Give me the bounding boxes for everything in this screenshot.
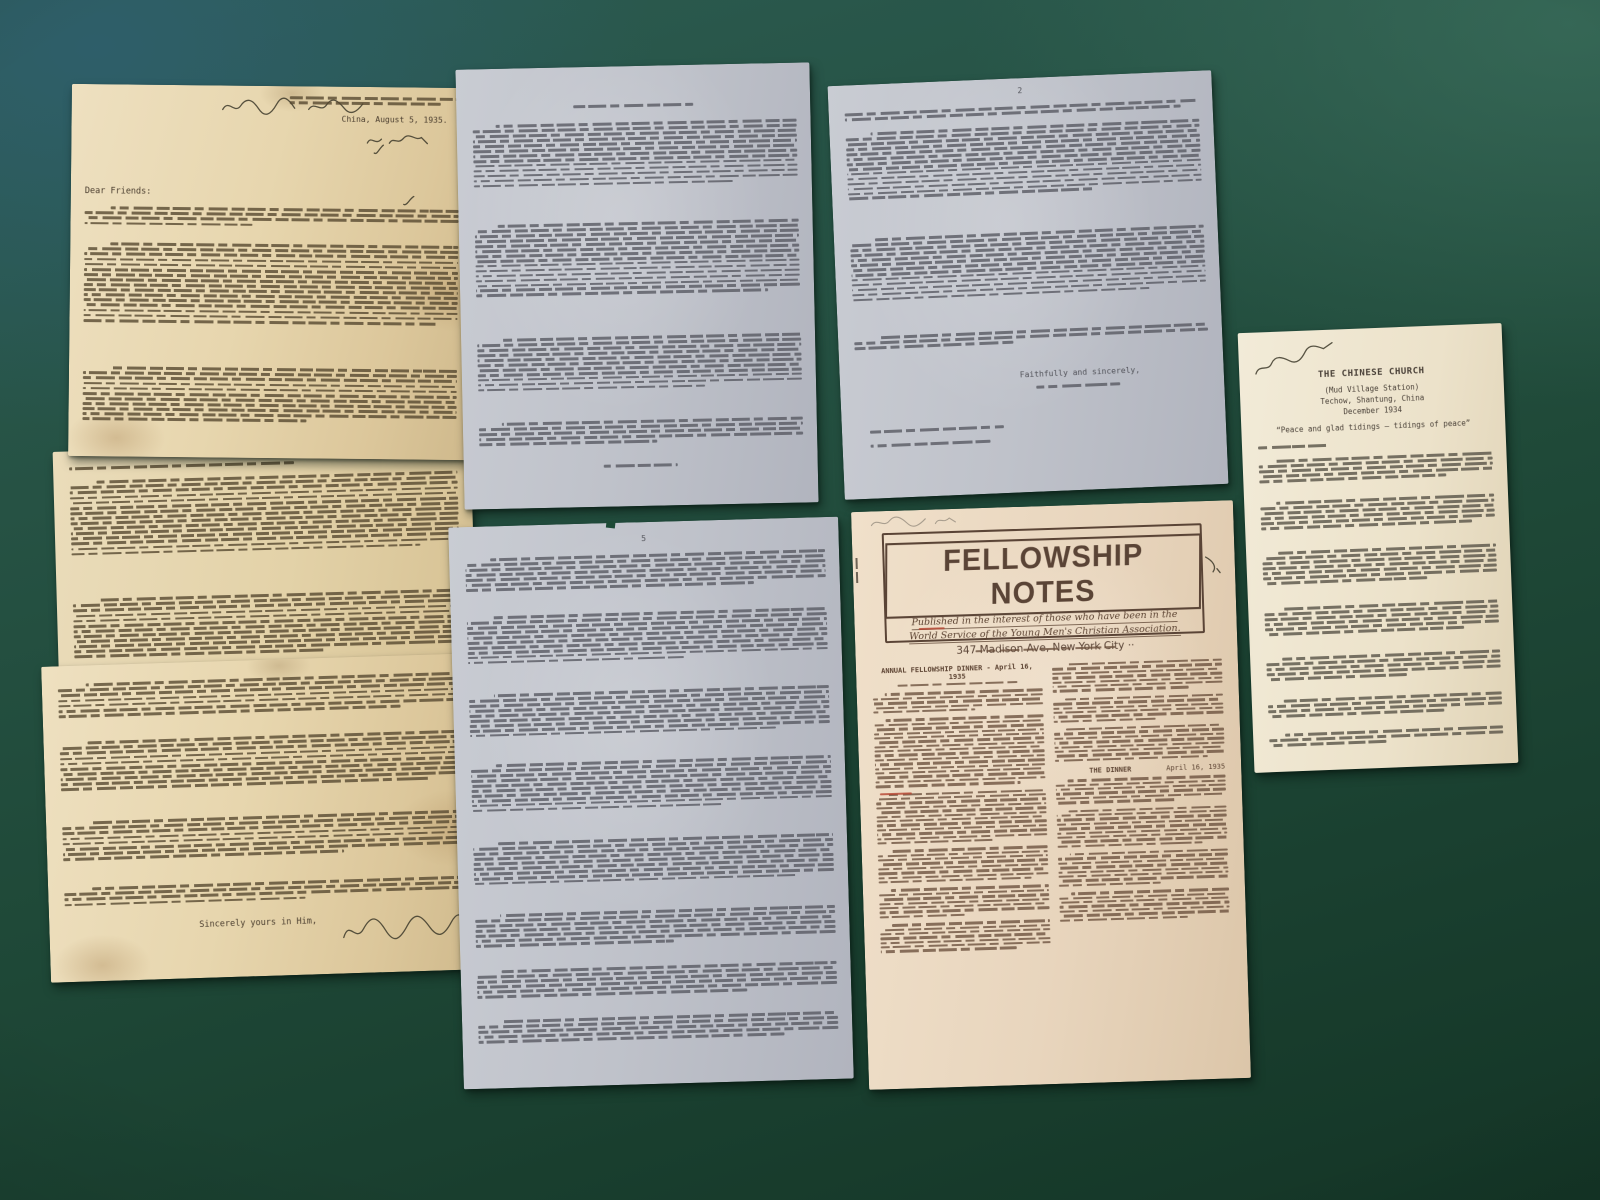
circular-paragraph <box>477 959 838 1001</box>
dinner-heading: THE DINNER <box>1089 766 1131 775</box>
newsletter-title: FELLOWSHIP NOTES <box>885 533 1201 619</box>
text-line <box>1059 881 1161 887</box>
chinese-church-leaflet: THE CHINESE CHURCH (Mud Village Station)… <box>1238 323 1519 773</box>
letter-paragraph <box>59 728 462 794</box>
letter-paragraph <box>73 587 463 661</box>
leaflet-paragraph <box>1258 450 1493 486</box>
circular-signature-name <box>1036 380 1120 391</box>
circular-paragraph <box>478 1009 839 1046</box>
photo-scene: China, August 5, 1935. Dear Friends: Sin… <box>0 0 1600 1200</box>
letter-page-1: China, August 5, 1935. Dear Friends: <box>68 84 472 460</box>
text-line <box>873 708 975 714</box>
pen-checkmark <box>371 143 387 159</box>
circular-paragraph <box>475 903 836 950</box>
newsletter-paragraph <box>874 715 1046 789</box>
letter-paragraph <box>62 808 465 864</box>
pen-flourish <box>1202 552 1223 575</box>
leaflet-title: THE CHINESE CHURCH <box>1318 366 1425 380</box>
newsletter-paragraph <box>876 789 1048 845</box>
letter-paragraph <box>83 240 458 328</box>
letter-page-3: Sincerely yours in Him, <box>41 653 483 982</box>
text-line <box>870 425 1004 433</box>
right-column: THE DINNER April 16, 1935 <box>1052 657 1231 950</box>
text-line <box>82 417 306 422</box>
circular-paragraph <box>845 117 1202 203</box>
newsletter-paragraph <box>1056 805 1227 848</box>
circular-paragraph <box>465 547 826 594</box>
newsletter-paragraph <box>1053 693 1224 723</box>
circular-footer-hospital <box>870 423 1004 436</box>
text-line <box>1054 717 1156 723</box>
circular-page-2: 2 Faithfully and sincerely, <box>828 70 1229 500</box>
newsletter-paragraph <box>1052 659 1223 693</box>
newsletter-paragraph <box>880 919 1051 953</box>
newsletter-columns: ANNUAL FELLOWSHIP DINNER - April 16, 193… <box>872 657 1231 956</box>
text-line <box>1258 444 1330 449</box>
text-line <box>1036 382 1120 388</box>
circular-paragraph <box>850 223 1206 304</box>
letter-paragraph <box>84 204 458 231</box>
circular-title <box>573 101 693 111</box>
letter-header-address <box>290 94 462 108</box>
dinner-date: April 16, 1935 <box>1166 763 1225 773</box>
text-line <box>69 461 294 470</box>
pencil-note <box>867 511 960 532</box>
text-line <box>84 222 252 227</box>
newsletter-paragraph <box>1056 775 1227 805</box>
text-line <box>604 463 678 467</box>
newsletter-paragraph <box>1059 888 1230 922</box>
newsletter-paragraph <box>878 845 1049 883</box>
leaflet-date: December 1934 <box>1343 405 1402 416</box>
fellowship-notes-newsletter: FELLOWSHIP NOTES Published in the intere… <box>851 500 1251 1090</box>
leaflet-paragraph <box>1266 647 1501 683</box>
circular-closing: Faithfully and sincerely, <box>1020 365 1141 379</box>
newsletter-paragraph <box>1054 724 1225 762</box>
text-line <box>290 96 462 101</box>
letter-paragraph <box>69 469 459 559</box>
newsletter-paragraph <box>879 885 1050 919</box>
circular-paragraph <box>469 683 830 740</box>
letter-paragraph <box>58 670 461 721</box>
text-line <box>290 102 441 106</box>
page-number: 5 <box>641 534 646 543</box>
leaflet-motto: “Peace and glad tidings — tidings of pea… <box>1276 418 1470 434</box>
text-line <box>83 319 438 326</box>
letter-closing: Sincerely yours in Him, <box>199 916 317 930</box>
circular-paragraph <box>477 331 802 394</box>
circular-footer-place-date <box>870 438 990 450</box>
dinner-heading-row: THE DINNER April 16, 1935 <box>1055 763 1225 776</box>
leaflet-paragraph <box>1260 492 1495 533</box>
leaflet-paragraph <box>1269 723 1503 749</box>
circular-paragraph <box>467 605 828 667</box>
letter-salutation: Dear Friends: <box>85 186 152 197</box>
letter-date-line: China, August 5, 1935. <box>342 115 448 125</box>
circular-page-5: 5 <box>448 517 854 1090</box>
circular-paragraph <box>473 117 798 190</box>
leaflet-paragraph <box>1268 689 1503 720</box>
newsletter-paragraph <box>1058 849 1229 887</box>
newsletter-paragraph <box>873 689 1044 714</box>
circular-paragraph <box>475 217 801 300</box>
circular-paragraph <box>471 753 832 815</box>
masthead-box: FELLOWSHIP NOTES Published in the intere… <box>882 523 1205 643</box>
circular-paragraph <box>854 321 1208 353</box>
left-column: ANNUAL FELLOWSHIP DINNER - April 16, 193… <box>872 662 1051 955</box>
text-line <box>880 914 965 919</box>
handwritten-signature <box>339 909 472 947</box>
staple <box>855 558 857 569</box>
staple <box>856 572 858 583</box>
text-line <box>573 103 693 108</box>
text-line <box>871 440 991 448</box>
letter-paragraph <box>64 874 467 909</box>
letter-paragraph <box>82 364 457 426</box>
text-line <box>479 440 657 446</box>
leaflet-paragraph <box>1262 541 1497 587</box>
paper-tear <box>606 521 616 529</box>
circular-paragraph <box>479 415 803 449</box>
circular-paragraph <box>473 831 834 888</box>
leaflet-paragraph <box>1264 597 1499 638</box>
circular-page-1 <box>455 62 818 509</box>
circular-footer-line <box>604 461 678 470</box>
leaflet-salutation <box>1258 442 1330 452</box>
page-number: 2 <box>1017 86 1022 95</box>
leaflet-location: Techow, Shantung, China <box>1320 393 1424 406</box>
